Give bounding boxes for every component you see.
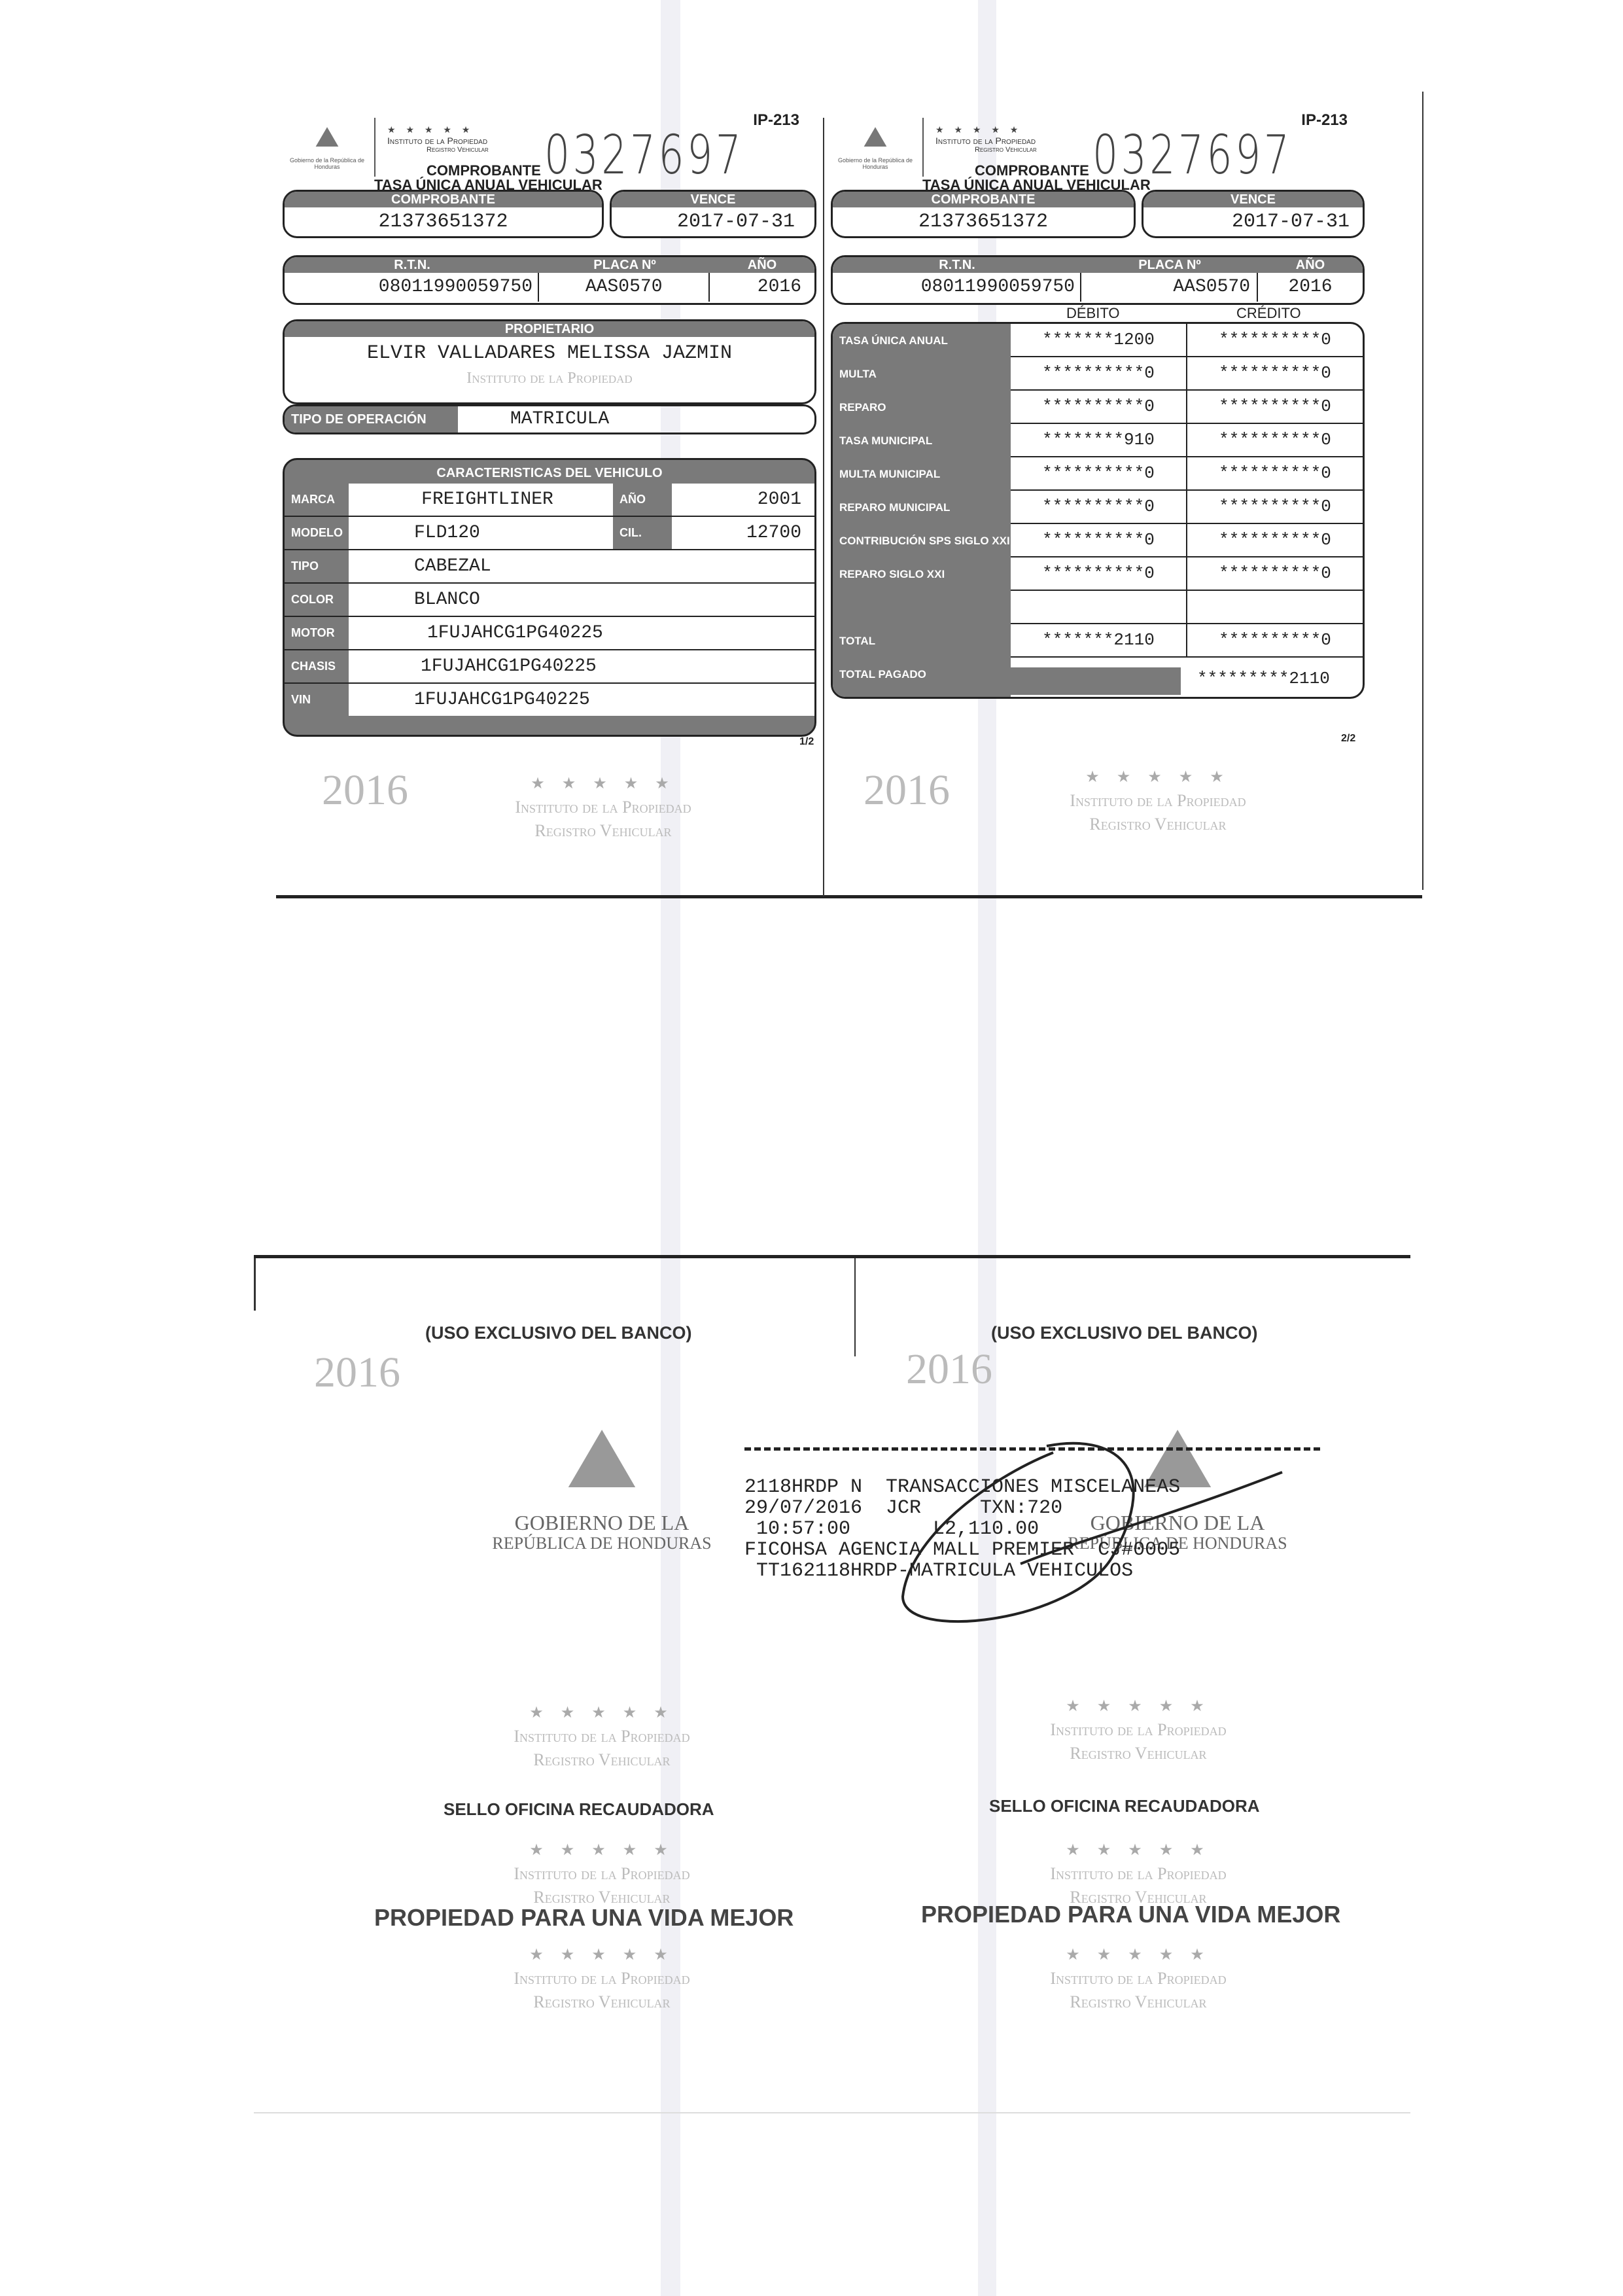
vehicle-header: CARACTERISTICAS DEL VEHICULO [285, 460, 814, 484]
vehicle-anio-value: 2001 [672, 484, 814, 516]
tipo-label: TIPO [285, 550, 349, 582]
charge-label: TOTAL [833, 624, 1011, 658]
table-row: **********0**********0 [1011, 524, 1363, 557]
receipt-panel: ⛰ Gobierno de la República de Honduras ★… [276, 92, 1422, 898]
coat-of-arms-icon: ⛰ [288, 118, 366, 157]
panel-edge [1422, 92, 1423, 890]
charge-values: *******1200**********0**********0*******… [1011, 324, 1363, 697]
credit-cell [1187, 591, 1363, 623]
table-row: *******1200**********0 [1011, 324, 1363, 357]
comprobante-label: COMPROBANTE [285, 192, 602, 207]
rtn-label: R.T.N. [833, 257, 1081, 273]
placa-value: AAS0570 [1081, 273, 1258, 302]
owner-name: ELVIR VALLADARES MELISSA JAZMIN [285, 337, 814, 370]
vehicle-characteristics: CARACTERISTICAS DEL VEHICULO MARCA FREIG… [283, 458, 816, 737]
color-label: COLOR [285, 584, 349, 616]
institution-watermark: ★ ★ ★ ★ ★ Instituto de la Propiedad Regi… [459, 772, 747, 843]
anio-value: 2016 [710, 273, 814, 302]
debit-cell: **********0 [1011, 557, 1187, 590]
charge-label: TASA MUNICIPAL [833, 424, 1011, 457]
coat-of-arms-icon: ⛰ [445, 1407, 759, 1511]
institution-watermark: ★ ★ ★ ★ ★ Instituto de la Propiedad Regi… [458, 1701, 746, 1772]
charge-label: TASA ÚNICA ANUAL [833, 324, 1011, 357]
debit-cell: *******2110 [1011, 624, 1187, 656]
watermark-registry: Registro Vehicular [994, 1742, 1282, 1765]
vence-value: 2017-07-31 [612, 207, 814, 236]
table-row: **********0**********0 [1011, 491, 1363, 524]
page-number: 1/2 [799, 736, 814, 748]
modelo-label: MODELO [285, 517, 349, 549]
rtn-placa-box: R.T.N. PLACA Nº AÑO 08011990059750 AAS05… [283, 255, 816, 305]
comprobante-box: COMPROBANTE 21373651372 [831, 190, 1136, 238]
debit-cell: **********0 [1011, 357, 1187, 389]
vence-value: 2017-07-31 [1143, 207, 1363, 236]
institution-watermark: ★ ★ ★ ★ ★ Instituto de la Propiedad Regi… [458, 1839, 746, 1909]
institution-watermark: ★ ★ ★ ★ ★ Instituto de la Propiedad Regi… [994, 1839, 1282, 1909]
debit-cell: **********0 [1011, 391, 1187, 423]
watermark-registry: Registro Vehicular [1014, 813, 1302, 836]
institution-watermark: ★ ★ ★ ★ ★ Instituto de la Propiedad Regi… [994, 1943, 1282, 2014]
watermark-institution: Instituto de la Propiedad [994, 1718, 1282, 1742]
debit-header: DÉBITO [1066, 305, 1120, 322]
rtn-value: 08011990059750 [285, 273, 539, 302]
operation-value: MATRICULA [458, 406, 609, 433]
watermark-registry: Registro Vehicular [458, 1990, 746, 2014]
watermark-institution: Instituto de la Propiedad [994, 1967, 1282, 1990]
marca-value: FREIGHTLINER [349, 484, 613, 516]
total-paid-shade [1011, 667, 1181, 695]
header-separator [922, 118, 924, 177]
tipo-value: CABEZAL [349, 550, 814, 582]
credit-header: CRÉDITO [1236, 305, 1301, 322]
charge-label: MULTA [833, 357, 1011, 391]
coat-of-arms-icon: ⛰ [836, 118, 915, 157]
bank-divider [854, 1258, 856, 1356]
charge-label: REPARO SIGLO XXI [833, 557, 1011, 591]
debit-cell: **********0 [1011, 524, 1187, 556]
charge-label: REPARO [833, 391, 1011, 424]
gov-line1: GOBIERNO DE LA [445, 1511, 759, 1534]
receipt-copy-1: ⛰ Gobierno de la República de Honduras ★… [283, 92, 826, 877]
table-row: **********0**********0 [1011, 557, 1363, 591]
bank-use-header: (USO EXCLUSIVO DEL BANCO) [991, 1323, 1258, 1343]
watermark-institution: Instituto de la Propiedad [459, 796, 747, 819]
credit-cell: **********0 [1187, 557, 1363, 590]
credit-cell: **********0 [1187, 357, 1363, 389]
credit-cell: **********0 [1187, 524, 1363, 556]
rtn-placa-box: R.T.N. PLACA Nº AÑO 08011990059750 AAS05… [831, 255, 1365, 305]
credit-cell: **********0 [1187, 424, 1363, 456]
watermark-registry: Registro Vehicular [994, 1990, 1282, 2014]
form-code: IP-213 [1301, 111, 1348, 130]
stars-icon: ★ ★ ★ ★ ★ [1014, 766, 1302, 789]
owner-box: PROPIETARIO ELVIR VALLADARES MELISSA JAZ… [283, 319, 816, 404]
year-watermark: 2016 [906, 1345, 992, 1394]
vin-value: 1FUJAHCG1PG40225 [349, 684, 814, 716]
watermark-institution: Instituto de la Propiedad [458, 1967, 746, 1990]
year-watermark: 2016 [864, 766, 950, 815]
charge-label [833, 591, 1011, 624]
anio-label: AÑO [1258, 257, 1363, 273]
stars-icon: ★ ★ ★ ★ ★ [994, 1943, 1282, 1967]
coat-of-arms: ⛰ Gobierno de la República de Honduras [836, 118, 915, 190]
watermark-institution: Instituto de la Propiedad [994, 1862, 1282, 1886]
charge-label: CONTRIBUCIÓN SPS SIGLO XXI [833, 524, 1011, 557]
table-row: **********0**********0 [1011, 357, 1363, 391]
stars-icon: ★ ★ ★ ★ ★ [459, 772, 747, 796]
government-seal: ⛰ GOBIERNO DE LA REPÚBLICA DE HONDURAS [445, 1407, 759, 1553]
motto: PROPIEDAD PARA UNA VIDA MEJOR [374, 1904, 794, 1932]
motor-value: 1FUJAHCG1PG40225 [349, 617, 814, 649]
debit-cell [1011, 591, 1187, 623]
debit-cell: **********0 [1011, 457, 1187, 489]
government-name: Gobierno de la República de Honduras [288, 157, 366, 170]
color-value: BLANCO [349, 584, 814, 616]
stars-icon: ★ ★ ★ ★ ★ [387, 124, 489, 135]
year-watermark: 2016 [314, 1348, 400, 1398]
operation-box: TIPO DE OPERACIÓN MATRICULA [283, 404, 816, 434]
collection-office-stamp-label: SELLO OFICINA RECAUDADORA [444, 1799, 714, 1820]
vin-label: VIN [285, 684, 349, 716]
institution-watermark: ★ ★ ★ ★ ★ Instituto de la Propiedad Regi… [994, 1695, 1282, 1765]
comprobante-value: 21373651372 [833, 207, 1134, 236]
collection-office-stamp-label: SELLO OFICINA RECAUDADORA [989, 1796, 1260, 1816]
watermark-institution: Instituto de la Propiedad [458, 1862, 746, 1886]
credit-cell: **********0 [1187, 324, 1363, 356]
charges-table: TASA ÚNICA ANUALMULTAREPAROTASA MUNICIPA… [831, 322, 1365, 699]
watermark-institution: Instituto de la Propiedad [1014, 789, 1302, 813]
charge-label: REPARO MUNICIPAL [833, 491, 1011, 524]
institution-watermark: ★ ★ ★ ★ ★ Instituto de la Propiedad Regi… [458, 1943, 746, 2014]
table-row: ********910**********0 [1011, 424, 1363, 457]
vence-box: VENCE 2017-07-31 [610, 190, 816, 238]
panel-edge [254, 1258, 256, 1311]
panel-bottom-edge [254, 2112, 1410, 2113]
vence-label: VENCE [1143, 192, 1363, 207]
cil-label: CIL. [613, 517, 672, 549]
credit-cell: **********0 [1187, 391, 1363, 423]
chasis-label: CHASIS [285, 650, 349, 682]
motor-label: MOTOR [285, 617, 349, 649]
stars-icon: ★ ★ ★ ★ ★ [458, 1701, 746, 1725]
receipt-copy-2: ⛰ Gobierno de la República de Honduras ★… [831, 92, 1374, 877]
year-watermark: 2016 [322, 766, 408, 815]
table-row [1011, 591, 1363, 624]
stars-icon: ★ ★ ★ ★ ★ [994, 1695, 1282, 1718]
total-paid-label: TOTAL PAGADO [833, 658, 1011, 691]
table-row: **********0**********0 [1011, 457, 1363, 491]
watermark-registry: Registro Vehicular [458, 1748, 746, 1772]
watermark-institution: Instituto de la Propiedad [458, 1725, 746, 1748]
marca-label: MARCA [285, 484, 349, 516]
form-code: IP-213 [753, 111, 799, 130]
gov-line2: REPÚBLICA DE HONDURAS [445, 1534, 759, 1553]
cil-value: 12700 [672, 517, 814, 549]
signature [772, 1426, 1361, 1649]
owner-label: PROPIETARIO [285, 321, 814, 337]
registry-name: Registro Vehicular [427, 146, 489, 154]
placa-label: PLACA Nº [540, 257, 710, 273]
anio-value: 2016 [1258, 273, 1363, 302]
vehicle-anio-label: AÑO [613, 484, 672, 516]
page-number: 2/2 [1341, 733, 1355, 745]
institution-watermark: ★ ★ ★ ★ ★ Instituto de la Propiedad Regi… [1014, 766, 1302, 836]
institution-header: ★ ★ ★ ★ ★ Instituto de la Propiedad Regi… [935, 124, 1037, 154]
operation-label: TIPO DE OPERACIÓN [285, 406, 458, 433]
table-row: *******2110**********0 [1011, 624, 1363, 658]
placa-label: PLACA Nº [1081, 257, 1258, 273]
credit-cell: **********0 [1187, 491, 1363, 523]
vence-label: VENCE [612, 192, 814, 207]
total-paid-value: *********2110 [1197, 669, 1330, 688]
anio-label: AÑO [710, 257, 814, 273]
watermark-registry: Registro Vehicular [459, 819, 747, 843]
stars-icon: ★ ★ ★ ★ ★ [994, 1839, 1282, 1862]
institution-name: Instituto de la Propiedad [935, 135, 1037, 146]
placa-value: AAS0570 [539, 273, 710, 302]
comprobante-label: COMPROBANTE [833, 192, 1134, 207]
motto: PROPIEDAD PARA UNA VIDA MEJOR [921, 1901, 1340, 1928]
institution-name: Instituto de la Propiedad [387, 135, 489, 146]
government-name: Gobierno de la República de Honduras [836, 157, 915, 170]
comprobante-value: 21373651372 [285, 207, 602, 236]
debit-cell: **********0 [1011, 491, 1187, 523]
credit-cell: **********0 [1187, 624, 1363, 656]
charge-label: MULTA MUNICIPAL [833, 457, 1011, 491]
charge-labels: TASA ÚNICA ANUALMULTAREPAROTASA MUNICIPA… [833, 324, 1011, 697]
institution-header: ★ ★ ★ ★ ★ Instituto de la Propiedad Regi… [387, 124, 489, 154]
modelo-value: FLD120 [349, 517, 613, 549]
chasis-value: 1FUJAHCG1PG40225 [349, 650, 814, 682]
watermark-text: Instituto de la Propiedad [285, 370, 814, 387]
stars-icon: ★ ★ ★ ★ ★ [458, 1839, 746, 1862]
stars-icon: ★ ★ ★ ★ ★ [935, 124, 1037, 135]
header-separator [374, 118, 375, 177]
credit-cell: **********0 [1187, 457, 1363, 489]
debit-cell: ********910 [1011, 424, 1187, 456]
stars-icon: ★ ★ ★ ★ ★ [458, 1943, 746, 1967]
coat-of-arms: ⛰ Gobierno de la República de Honduras [288, 118, 366, 190]
table-row: **********0**********0 [1011, 391, 1363, 424]
registry-name: Registro Vehicular [975, 146, 1037, 154]
vence-box: VENCE 2017-07-31 [1142, 190, 1365, 238]
comprobante-box: COMPROBANTE 21373651372 [283, 190, 604, 238]
rtn-value: 08011990059750 [833, 273, 1081, 302]
rtn-label: R.T.N. [285, 257, 540, 273]
bank-use-header: (USO EXCLUSIVO DEL BANCO) [425, 1323, 692, 1343]
debit-cell: *******1200 [1011, 324, 1187, 356]
